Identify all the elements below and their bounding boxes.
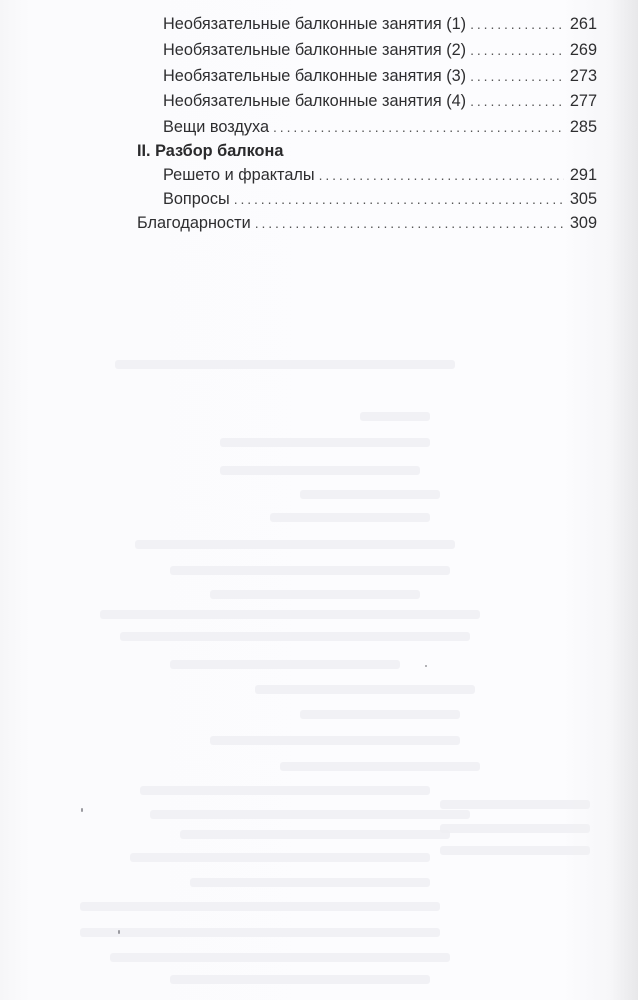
toc-entry-title: Необязательные балконные занятия (2) bbox=[163, 40, 466, 60]
scan-speck bbox=[425, 665, 427, 667]
toc-entry-page: 291 bbox=[570, 165, 597, 185]
toc-entry-page: 269 bbox=[570, 40, 597, 60]
toc-entry-title: Необязательные балконные занятия (4) bbox=[163, 91, 466, 111]
dot-leader bbox=[470, 14, 564, 34]
toc-entry[interactable]: Вещи воздуха 285 bbox=[163, 117, 597, 137]
toc-entry-page: 273 bbox=[570, 66, 597, 86]
toc-entry-title: Решето и фракталы bbox=[163, 165, 315, 185]
toc-entry[interactable]: Благодарности 309 bbox=[137, 213, 597, 233]
dot-leader bbox=[234, 189, 564, 209]
toc-entry-page: 309 bbox=[570, 213, 597, 233]
toc-entry[interactable]: Вопросы 305 bbox=[163, 189, 597, 209]
dot-leader bbox=[319, 165, 564, 185]
toc-entry[interactable]: Необязательные балконные занятия (3) 273 bbox=[163, 66, 597, 86]
scanned-page bbox=[0, 0, 638, 1000]
dot-leader bbox=[255, 213, 564, 233]
toc-entry-page: 285 bbox=[570, 117, 597, 137]
toc-entry[interactable]: Решето и фракталы 291 bbox=[163, 165, 597, 185]
toc-entry-page: 305 bbox=[570, 189, 597, 209]
section-heading: II. Разбор балкона bbox=[137, 141, 283, 161]
toc-entry[interactable]: Необязательные балконные занятия (4) 277 bbox=[163, 91, 597, 111]
toc-entry-page: 277 bbox=[570, 91, 597, 111]
dot-leader bbox=[470, 40, 564, 60]
toc-entry-page: 261 bbox=[570, 14, 597, 34]
dot-leader bbox=[470, 66, 564, 86]
scan-speck bbox=[118, 930, 120, 934]
toc-entry[interactable]: Необязательные балконные занятия (1) 261 bbox=[163, 14, 597, 34]
toc-entry-title: Вопросы bbox=[163, 189, 230, 209]
toc-entry[interactable]: Необязательные балконные занятия (2) 269 bbox=[163, 40, 597, 60]
toc-entry-title: Необязательные балконные занятия (1) bbox=[163, 14, 466, 34]
dot-leader bbox=[273, 117, 564, 137]
dot-leader bbox=[470, 91, 564, 111]
toc-entry-title: Вещи воздуха bbox=[163, 117, 269, 137]
toc-entry-title: Благодарности bbox=[137, 213, 251, 233]
scan-speck bbox=[81, 808, 83, 812]
toc-entry-title: Необязательные балконные занятия (3) bbox=[163, 66, 466, 86]
